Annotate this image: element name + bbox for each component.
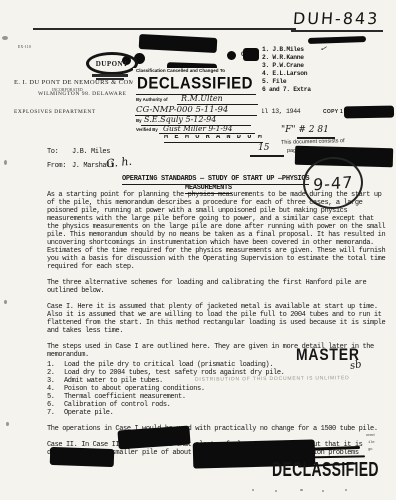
redaction-mark	[243, 48, 259, 61]
step-text: Load the pile dry to critical load (pris…	[64, 361, 273, 369]
scan-speck	[322, 490, 324, 492]
step-number: 3.	[47, 377, 64, 385]
step-number: 1.	[47, 361, 64, 369]
logo-ribbon-line	[92, 74, 128, 77]
scan-speck	[252, 489, 254, 491]
copies-item: 4. E.L.Larson	[262, 70, 311, 78]
dupont-logo-text: DUPONT	[96, 60, 129, 68]
copies-item: 6 and 7. Extra	[262, 86, 311, 94]
doc-number-underline	[291, 30, 383, 32]
step-item: 6. Calibration of control rods.	[47, 401, 387, 409]
stamp-declassified-word: DECLASSIFIED	[137, 74, 253, 93]
redaction-mark	[308, 36, 366, 44]
company-name: E. I. DU PONT DE NEMOURS & COMP	[14, 79, 139, 86]
body-paragraph-3: Case I. Here it is assumed that plenty o…	[47, 303, 387, 335]
redaction-mark	[50, 447, 115, 467]
copies-item: 3. P.W.Crane	[262, 62, 311, 70]
to-value: J.B. Miles	[72, 148, 110, 156]
copy-number-label: COPY 1	[323, 109, 343, 115]
stamp-by-label: By	[136, 118, 142, 123]
copies-item: 2. W.R.Kanne	[262, 54, 311, 62]
step-text: Operate pile.	[64, 409, 113, 417]
scan-speck	[4, 160, 7, 165]
step-item: 4. Poison to about operating conditions.	[47, 385, 387, 393]
scan-speck	[4, 300, 7, 304]
body-paragraph-5: The operations in Case I would be used w…	[47, 425, 387, 433]
step-text: Thermal coefficient measurement.	[64, 393, 186, 401]
text-fragment: go	[368, 447, 372, 454]
step-item: 7. Operate pile.	[47, 409, 387, 417]
stamp-verified-value-handwritten: Gust Miller 9-1-94	[163, 124, 233, 133]
company-city: WILMINGTON 98. DELAWARE	[38, 91, 126, 97]
document-consists-text: This document consists of	[281, 138, 345, 146]
body-paragraph-2: The three alternative schemes for loadin…	[47, 279, 387, 295]
top-rule-line	[33, 28, 296, 30]
step-number: 4.	[47, 385, 64, 393]
copies-item: 5. File	[262, 78, 311, 86]
copies-item: 1. J.B.Miles	[262, 46, 311, 54]
step-number: 2.	[47, 369, 64, 377]
scanned-memo-page: DUH-843 EX-110 DUPONT E. I. DU PONT DE N…	[0, 0, 396, 500]
step-item: 5. Thermal coefficient measurement.	[47, 393, 387, 401]
step-text: Admit water to pile tubes.	[64, 377, 163, 385]
doc-number-handwritten: DUH-843	[292, 9, 380, 28]
copies-list: 1. J.B.Miles 2. W.R.Kanne 3. P.W.Crane 4…	[262, 46, 311, 94]
memo-body: As a starting point for planning the phy…	[47, 191, 387, 465]
stamp-authority-value-handwritten: R.M.Ulten	[181, 94, 223, 103]
redaction-mark	[227, 51, 236, 60]
scan-speck	[300, 489, 303, 491]
redaction-mark	[139, 34, 218, 53]
department-name: EXPLOSIVES DEPARTMENT	[14, 109, 96, 115]
circle-stamp-text: 9-47	[313, 172, 354, 194]
step-text: Poison to about operating conditions.	[64, 385, 205, 393]
handwriting-underline	[250, 155, 284, 157]
steps-list: 1. Load the pile dry to critical load (p…	[47, 361, 387, 417]
scan-speck	[2, 36, 8, 40]
form-number: EX-110	[18, 45, 31, 49]
stamp-by-value-handwritten: S.E.Squly 5-12-94	[144, 115, 216, 124]
text-fragment: ile	[368, 440, 374, 447]
checkmark-handwritten: ✓	[319, 43, 327, 53]
stamp-case-number-handwritten: CG-NMP-000 5-11-94	[136, 105, 228, 115]
scan-speck	[345, 489, 347, 491]
from-label: From:	[47, 162, 66, 170]
step-text: Calibration of control rods.	[64, 401, 170, 409]
master-initials-handwritten: sb	[349, 359, 362, 372]
step-number: 6.	[47, 401, 64, 409]
stamp-verified-label: Verified By	[136, 127, 158, 132]
declassification-stamp: Classification Cancelled and Changed To …	[133, 68, 262, 135]
text-fragment: oned	[366, 433, 374, 440]
step-number: 5.	[47, 393, 64, 401]
declassified-bottom-stamp: DECLASSIFIED	[272, 459, 379, 482]
scan-speck	[6, 422, 9, 426]
stamp-authority-label: By Authority of	[136, 97, 168, 102]
dupont-logo: DUPONT	[86, 52, 138, 75]
to-label: To:	[47, 148, 58, 156]
scan-speck	[275, 490, 277, 492]
step-number: 7.	[47, 409, 64, 417]
page-code-handwritten: "F" # 2 81	[281, 125, 329, 135]
from-initials-handwritten: G. h.	[105, 155, 132, 171]
page-count-handwritten: 15	[258, 143, 269, 153]
stamp-rule	[159, 133, 255, 134]
redaction-mark	[344, 106, 394, 119]
